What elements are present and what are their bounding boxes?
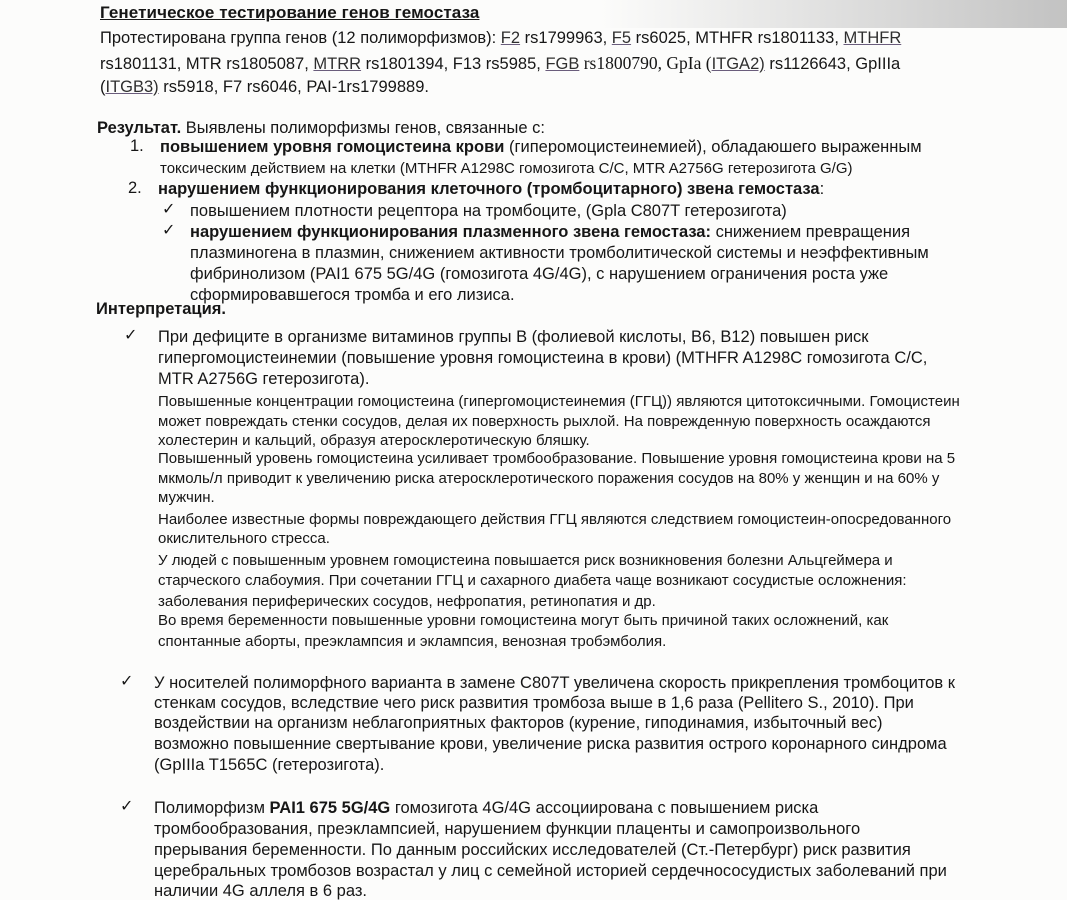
interpretation-1-line: При дефиците в организме витаминов групп… [158,327,869,347]
interpretation-3-line: Полиморфизм PAI1 675 5G/4G гомозигота 4G… [154,798,818,818]
interpretation-1-detail: мужчин. [158,488,215,507]
interpretation-1-detail: мкмоль/л приводит к увеличению риска ате… [158,469,939,488]
check-icon: ✓ [120,671,133,690]
gene-link: ITGB3) [106,78,159,96]
interpretation-2-line: У носителей полиморфного варианта в заме… [154,673,955,693]
tested-genes-line-2: rs1801131, MTR rs1805087, MTRR rs1801394… [100,53,900,74]
interpretation-1-detail: Повышенный уровень гомоцистеина усиливае… [158,449,955,468]
interpretation-3-line: наличии 4G аллеля в 6 раз. [154,881,367,900]
interpretation-1-detail: спонтанные аборты, преэклампсия и экламп… [158,632,666,651]
interpretation-2-line: стенкам сосудов, вследствие чего риск ра… [154,693,914,713]
interpretation-1-detail: старческого слабоумия. При сочетании ГГЦ… [158,571,907,590]
interpretation-2-line: (GpIIIa T1565C (гетерозигота). [154,755,384,775]
interpretation-2-line: воздействии на организм неблагоприятных … [154,713,882,733]
result-item-2: нарушением функционирования клеточного (… [158,179,824,199]
check-icon: ✓ [162,199,175,218]
tested-genes-line-1: Протестирована группа генов (12 полиморф… [100,28,901,48]
gene-link: F2 [501,29,520,47]
interpretation-1-detail: холестерин и кальций, образуя атеросклер… [158,431,590,450]
list-number: 1. [130,137,144,156]
result-subitem-2-cont: сформировавшегося тромба и его лизиса. [190,285,515,305]
interpretation-1-line: гипергомоцистеинемии (повышение уровня г… [158,348,927,368]
result-heading: Результат. Выявлены полиморфизмы генов, … [97,118,545,138]
result-item-1-cont: токсическим действием на клетки (MTHFR A… [160,159,853,178]
scan-shadow [600,0,1067,28]
gene-link: MTHFR [844,29,902,47]
interpretation-1-detail: Повышенные концентрации гомоцистеина (ги… [158,392,960,411]
result-subitem-2-cont: плазминогена в плазмин, снижением активн… [190,243,929,263]
interpretation-1-line: MTR A2756G гетерозигота). [158,369,369,389]
gene-link: FGB [545,55,579,73]
check-icon: ✓ [162,220,175,239]
gene-link: ITGA2) [712,55,765,73]
document-page: Генетическое тестирование генов гемостаз… [0,0,1067,900]
interpretation-1-detail: может повреждать стенки сосудов, делая и… [158,412,930,431]
result-subitem-1: повышением плотности рецептора на тромбо… [190,201,787,221]
interpretation-1-detail: У людей с повышенным уровнем гомоцистеин… [158,551,893,570]
document-title: Генетическое тестирование генов гемостаз… [100,3,479,23]
interpretation-heading: Интерпретация. [96,299,226,319]
check-icon: ✓ [120,796,133,815]
tested-genes-line-3: (ITGB3) rs5918, F7 rs6046, PAI-1rs179988… [100,77,429,97]
check-icon: ✓ [124,325,137,344]
interpretation-1-detail: заболевания периферических сосудов, нефр… [158,592,656,611]
interpretation-1-detail: Наиболее известные формы повреждающего д… [158,510,951,529]
interpretation-3-line: тромбообразования, преэклампсией, наруше… [154,819,860,839]
gene-link: F5 [612,29,631,47]
gene-link: MTRR [313,55,361,73]
result-item-1: повышением уровня гомоцистеина крови (ги… [160,137,922,157]
interpretation-3-line: церебральных тромбозов возрастал у лиц с… [154,861,947,881]
list-number: 2. [128,179,142,198]
interpretation-3-line: прерывания беременности. По данным росси… [154,840,911,860]
result-subitem-2: нарушением функционирования плазменного … [190,222,910,242]
result-subitem-2-cont: фибринолизом (PAI1 675 5G/4G (гомозигота… [190,264,888,284]
interpretation-1-detail: Во время беременности повышенные уровни … [158,611,888,630]
interpretation-1-detail: окислительного стресса. [158,529,330,548]
interpretation-2-line: возможно повышенние свертывание крови, у… [154,734,947,754]
